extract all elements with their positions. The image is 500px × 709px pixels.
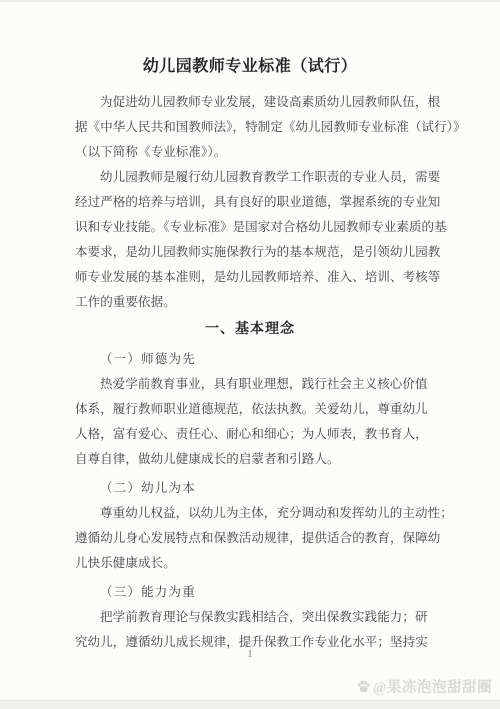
text-line: 工作的重要依据。: [75, 290, 440, 315]
page-top-edge: [0, 0, 500, 2]
text-line: 热爱学前教育事业，具有职业理想，践行社会主义核心价值: [75, 372, 440, 397]
paragraph: 热爱学前教育事业，具有职业理想，践行社会主义核心价值体系，履行教师职业道德规范，…: [75, 372, 440, 472]
document-page: 幼儿园教师专业标准（试行） 为促进幼儿园教师专业发展，建设高素质幼儿园教师队伍，…: [0, 0, 500, 709]
text-line: 尊重幼儿权益，以幼儿为主体，充分调动和发挥幼儿的主动性；: [75, 501, 440, 526]
paw-icon: [355, 678, 372, 695]
paragraph: 为促进幼儿园教师专业发展，建设高素质幼儿园教师队伍，根据《中华人民共和国教师法》…: [75, 90, 440, 165]
page-number: 1: [0, 649, 500, 660]
paragraph: 幼儿园教师是履行幼儿园教育教学工作职责的专业人员，需要经过严格的培养与培训，具有…: [75, 165, 440, 315]
text-line: 识和专业技能。《专业标准》是国家对合格幼儿园教师专业素质的基: [75, 215, 440, 240]
text-line: 幼儿园教师是履行幼儿园教育教学工作职责的专业人员，需要: [75, 165, 440, 190]
text-line: 经过严格的培养与培训，具有良好的职业道德，掌握系统的专业知: [75, 190, 440, 215]
text-line: 儿快乐健康成长。: [75, 551, 440, 576]
subsection-heading: （二）幼儿为本: [75, 476, 440, 501]
subsection-heading: （三）能力为重: [75, 580, 440, 605]
page-footer-strip: [0, 700, 500, 709]
document-body: 为促进幼儿园教师专业发展，建设高素质幼儿园教师队伍，根据《中华人民共和国教师法》…: [0, 90, 500, 655]
watermark-text: @果冻泡泡甜甜圈: [373, 676, 492, 697]
text-line: 遵循幼儿身心发展特点和保教活动规律，提供适合的教育，保障幼: [75, 526, 440, 551]
text-line: 为促进幼儿园教师专业发展，建设高素质幼儿园教师队伍，根: [75, 90, 440, 115]
subsection-heading: （一）师德为先: [75, 347, 440, 372]
document-title: 幼儿园教师专业标准（试行）: [0, 0, 500, 80]
paragraph: 把学前教育理论与保教实践相结合，突出保教实践能力；研究幼儿，遵循幼儿成长规律，提…: [75, 605, 440, 655]
text-line: 自尊自律，做幼儿健康成长的启蒙者和引路人。: [75, 447, 440, 472]
text-line: 本要求，是幼儿园教师实施保教行为的基本规范，是引领幼儿园教: [75, 240, 440, 265]
section-heading: 一、基本理念: [60, 317, 440, 343]
text-line: 师专业发展的基本准则，是幼儿园教师培养、准入、培训、考核等: [75, 265, 440, 290]
text-line: 把学前教育理论与保教实践相结合，突出保教实践能力；研: [75, 605, 440, 630]
text-line: 人格，富有爱心、责任心、耐心和细心；为人师表，教书育人，: [75, 422, 440, 447]
text-line: 据《中华人民共和国教师法》，特制定《幼儿园教师专业标准（试行）》: [75, 115, 440, 140]
text-line: 体系，履行教师职业道德规范，依法执教。关爱幼儿，尊重幼儿: [75, 397, 440, 422]
watermark: @果冻泡泡甜甜圈: [355, 676, 492, 697]
paragraph: 尊重幼儿权益，以幼儿为主体，充分调动和发挥幼儿的主动性；遵循幼儿身心发展特点和保…: [75, 501, 440, 576]
text-line: （以下简称《专业标准》）。: [75, 140, 440, 165]
